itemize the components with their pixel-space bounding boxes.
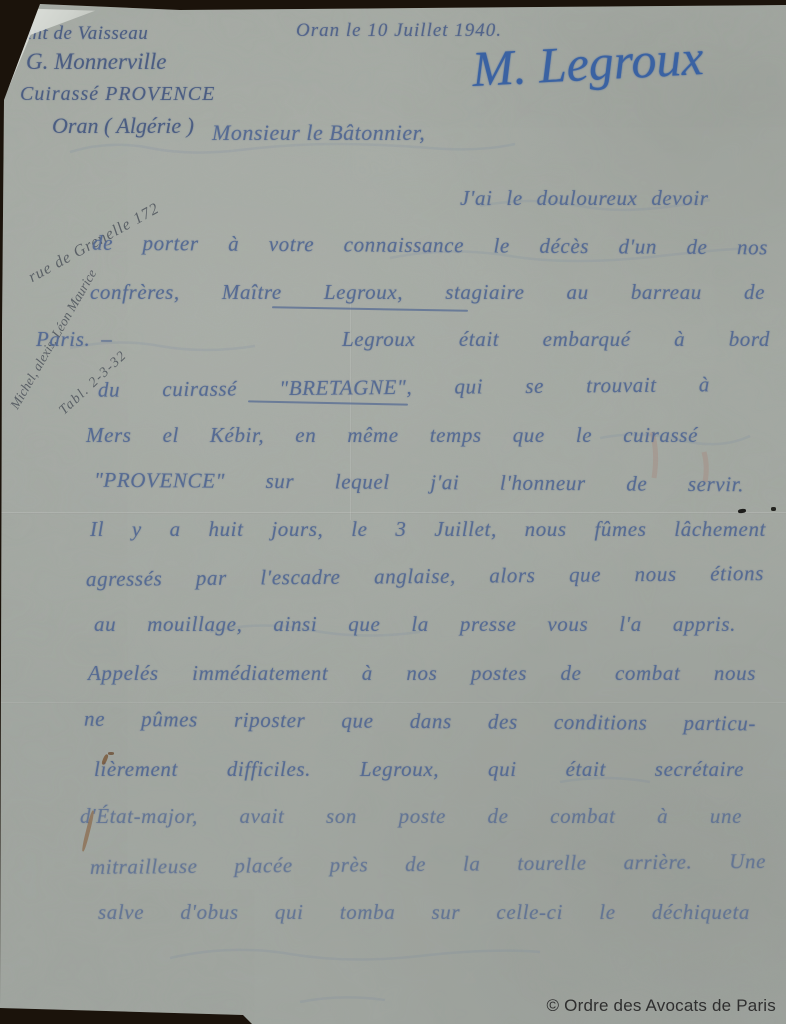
body-line: Mers el Kébir, en même temps que le cuir… [86,423,698,453]
salutation: Monsieur le Bâtonnier, [212,120,425,146]
sender-ship: Cuirassé PROVENCE [20,83,215,106]
body-line: confrères, Maître Legroux, stagiaire au … [90,280,765,310]
fold-crease [0,702,786,704]
body-line: lièrement difficiles. Legroux, qui était… [94,757,744,787]
sender-name: G. Monnerville [26,49,167,75]
paper-damage [108,752,114,755]
body-line: ne pûmes riposter que dans des condition… [84,707,756,742]
body-line: mitrailleuse placée près de la tourelle … [90,849,766,885]
photo-frame: { "letter": { "sender_block": { "rank": … [0,0,786,1024]
body-line: d'État-major, avait son poste de combat … [80,804,742,834]
photo-credit: © Ordre des Avocats de Paris [547,996,776,1016]
body-line: Il y a huit jours, le 3 Juillet, nous fû… [90,517,766,547]
body-line: salve d'obus qui tomba sur celle-ci le d… [98,900,750,930]
body-line: du cuirassé "BRETAGNE", qui se trouvait … [98,372,710,407]
body-line: de porter à votre connaissance le décès … [92,231,768,266]
sender-location: Oran ( Algérie ) [52,113,194,139]
body-line: Legroux était embarqué à bord [342,327,770,357]
body-line: au mouillage, ainsi que la presse vous l… [94,612,736,642]
archival-signature-annotation: M. Legroux [471,28,705,98]
body-line: J'ai le douloureux devoir [460,186,709,216]
ink-speck [771,507,776,511]
body-line: Appelés immédiatement à nos postes de co… [88,661,756,691]
dateline: Oran le 10 Juillet 1940. [296,20,502,42]
letter-paper: Lieutenant de Vaisseau G. Monnerville Cu… [0,0,786,1024]
body-line: Paris. – [36,327,112,357]
fold-crease [0,512,786,514]
body-line: agressés par l'escadre anglaise, alors q… [86,561,764,597]
body-line: "PROVENCE" sur lequel j'ai l'honneur de … [94,468,744,503]
sender-rank: Lieutenant de Vaisseau [0,23,148,45]
